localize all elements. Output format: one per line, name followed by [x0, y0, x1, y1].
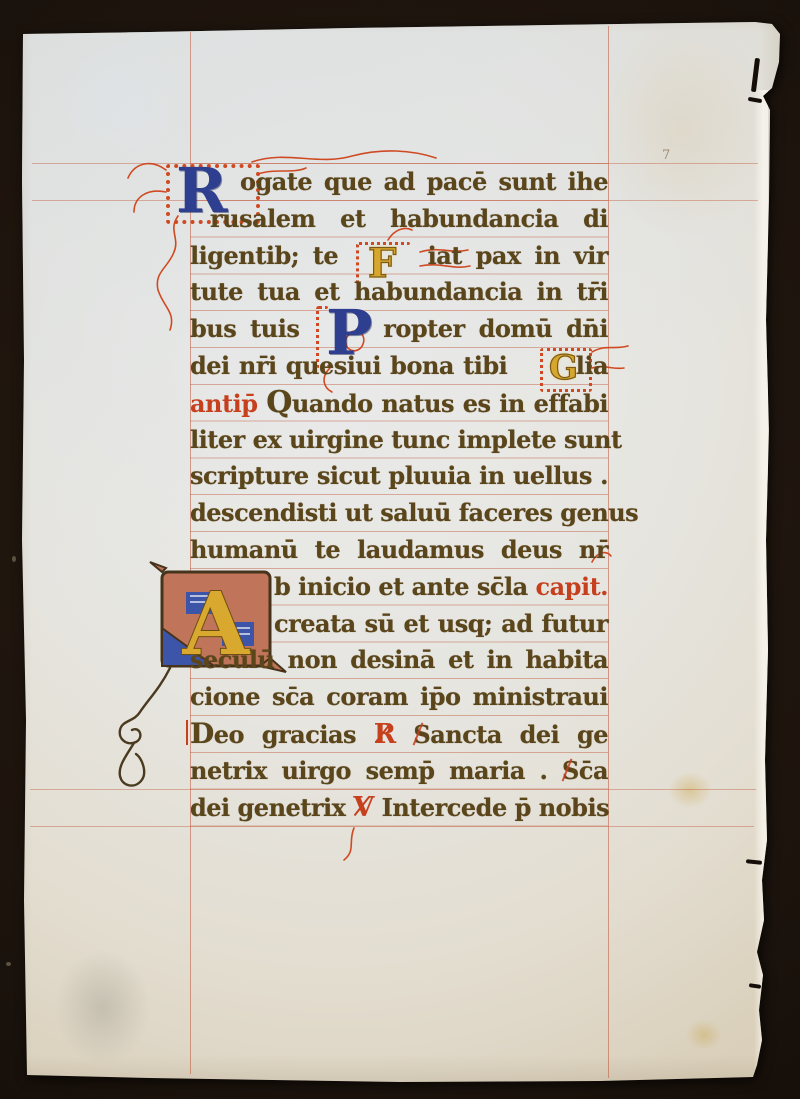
sewing-slit — [749, 983, 761, 989]
manuscript-line: scripture sicut pluuia in uellus . — [190, 457, 608, 494]
manuscript-line: dei genetrix V Intercede p̄ nobis — [190, 789, 608, 826]
manuscript-line: seculū non desinā et in habita — [190, 641, 608, 678]
versal-letter: D — [190, 717, 214, 750]
line-text: liter ex uirgine tunc implete sunt — [190, 425, 622, 454]
line-text: humanū te laudamus deus nr̄ — [190, 535, 608, 564]
responsory-mark: R — [374, 719, 396, 750]
line-text: ligentib; te — [190, 241, 338, 270]
line-text: uando natus es in effabi — [292, 389, 608, 418]
stain — [60, 40, 180, 160]
rubric-chapter: capit. — [536, 572, 609, 601]
manuscript-line: tute tua et habundancia in tr̄i — [190, 273, 608, 310]
manuscript-line: Deo gracias R Sancta dei ge — [190, 715, 608, 752]
rubricated-letter: S — [413, 720, 430, 749]
rubricated-letter: S — [562, 756, 579, 785]
manuscript-line: antip̄ Quando natus es in effabi — [190, 384, 608, 421]
line-text: ancta dei ge — [430, 720, 608, 749]
line-text: tute tua et habundancia in tr̄i — [190, 277, 608, 306]
rubric-antiphon: antip̄ — [190, 389, 257, 418]
stain — [55, 950, 150, 1065]
line-text: dei genetrix — [190, 793, 345, 822]
vellum-leaf-wrapper: R F P G — [0, 0, 800, 1099]
right-edge-fold — [754, 90, 768, 1075]
sewing-slit — [746, 859, 762, 865]
tab-slot — [751, 58, 760, 92]
line-text: ropter domū dn̄i — [383, 314, 608, 343]
line-text: lia — [576, 351, 608, 380]
line-text: seculū non desinā et in habita — [190, 645, 608, 674]
line-text: scripture sicut pluuia in uellus . — [190, 461, 608, 490]
manuscript-line: descendisti ut saluū faceres genus — [190, 494, 608, 531]
stain — [686, 1020, 722, 1050]
folio-mark: 7 — [662, 148, 670, 163]
line-text: cione sc̄a coram ip̄o ministraui — [190, 682, 608, 711]
line-text: iat pax in vir — [428, 241, 608, 270]
vellum-leaf: R F P G — [0, 0, 800, 1099]
initial-gap — [352, 256, 414, 264]
line-text: b inicio et ante sc̄la — [274, 572, 528, 601]
line-text: Intercede p̄ nobis — [382, 793, 609, 822]
manuscript-line: ligentib; te iat pax in vir — [190, 237, 608, 274]
versicle-mark: V — [353, 792, 373, 823]
initial-gap — [313, 329, 369, 337]
manuscript-line: creata sū et usq; ad futur — [274, 605, 608, 642]
line-text: netrix uirgo semp̄ maria . — [190, 756, 547, 785]
manuscript-photo: R F P G — [0, 0, 800, 1099]
line-text: descendisti ut saluū faceres genus — [190, 498, 638, 527]
manuscript-line: cione sc̄a coram ip̄o ministraui — [190, 678, 608, 715]
manuscript-line: netrix uirgo semp̄ maria . Sc̄a — [190, 752, 608, 789]
line-text: bus tuis — [190, 314, 299, 343]
line-text: c̄a — [579, 756, 608, 785]
stain — [668, 772, 712, 808]
ruling-vertical-right — [608, 26, 609, 1078]
pen-tail-flourish — [120, 668, 170, 786]
manuscript-line: rusalem et habundancia di — [210, 200, 608, 237]
manuscript-line: humanū te laudamus deus nr̄ — [190, 531, 608, 568]
text-block: ogate que ad pacē sunt ihe rusalem et ha… — [190, 163, 608, 825]
line-text: ogate que ad pacē sunt ihe — [240, 167, 608, 196]
manuscript-line: dei nr̄i quesiui bona tibi lia — [190, 347, 608, 384]
versal-letter: Q — [266, 385, 292, 420]
manuscript-line: b inicio et ante sc̄la capit. — [274, 568, 608, 605]
manuscript-line: ogate que ad pacē sunt ihe — [240, 163, 608, 200]
stain — [590, 20, 770, 240]
manuscript-line: liter ex uirgine tunc implete sunt — [190, 421, 608, 458]
line-text: eo gracias — [214, 720, 356, 749]
initial-gap — [517, 366, 567, 374]
manuscript-line: bus tuis ropter domū dn̄i — [190, 310, 608, 347]
line-text: rusalem et habundancia di — [210, 204, 608, 233]
line-text: dei nr̄i quesiui bona tibi — [190, 351, 507, 380]
line-text: creata sū et usq; ad futur — [274, 609, 608, 638]
